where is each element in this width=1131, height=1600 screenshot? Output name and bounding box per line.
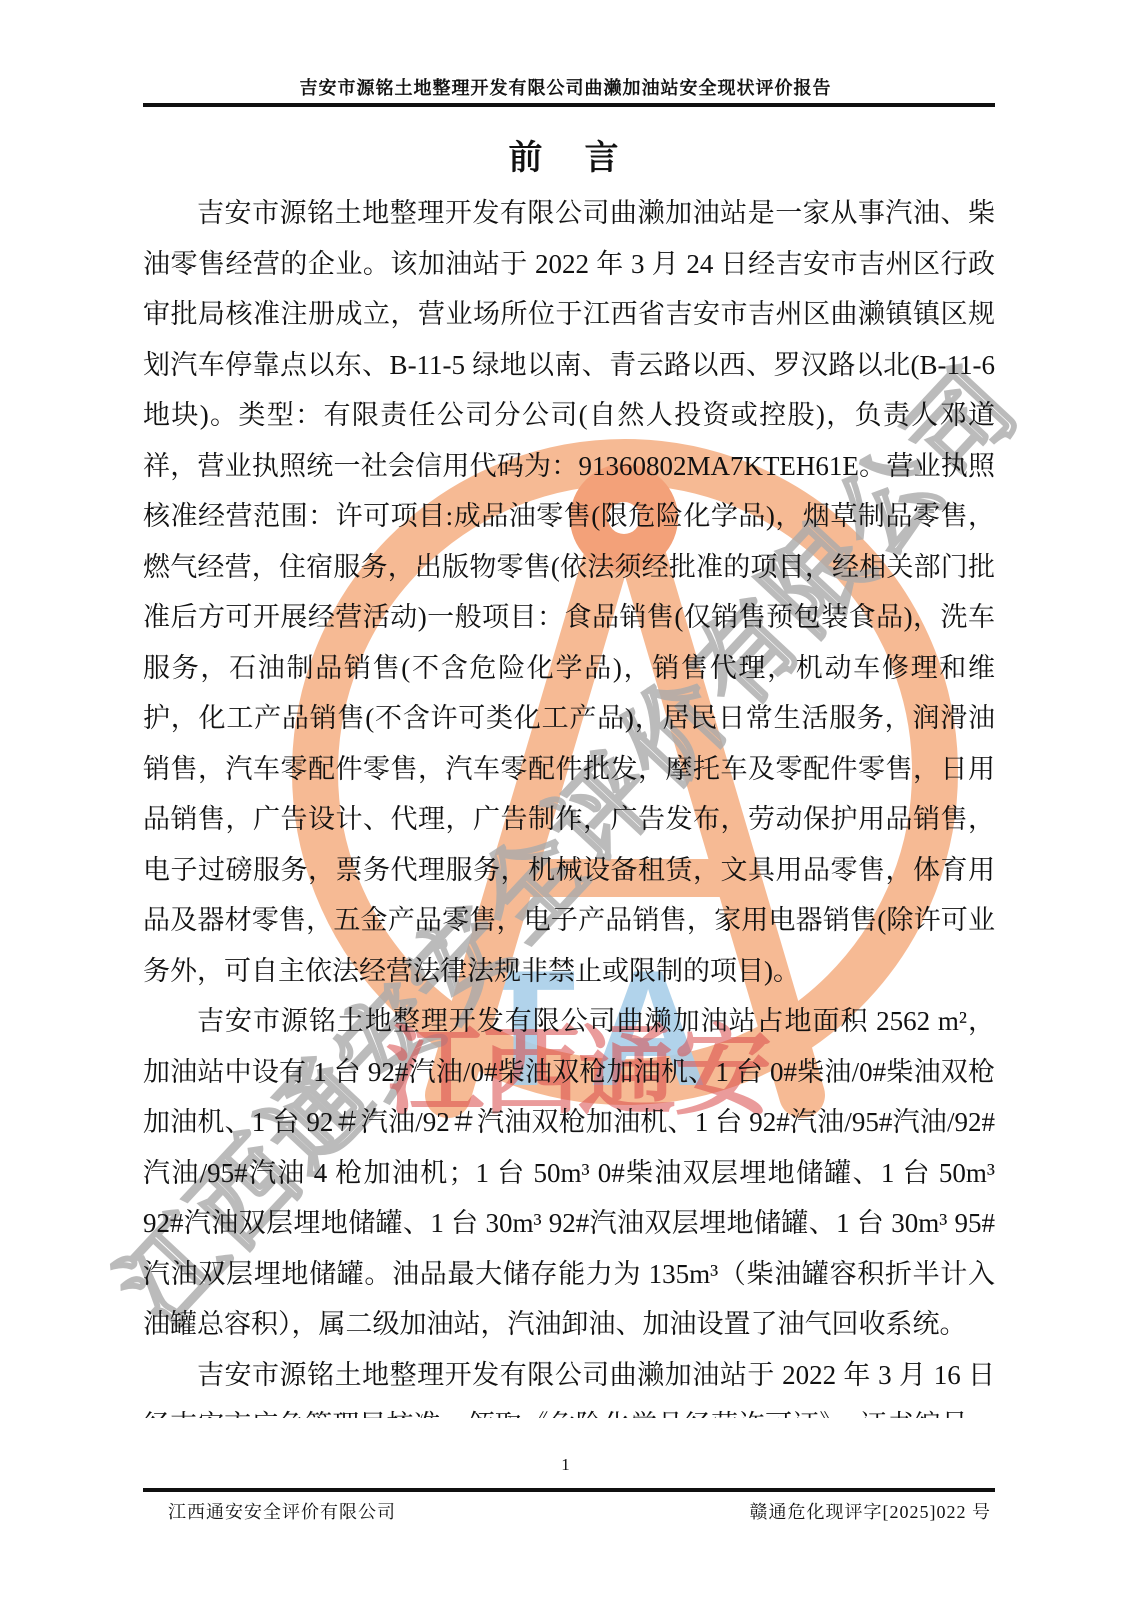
paragraph-1: 吉安市源铭土地整理开发有限公司曲濑加油站是一家从事汽油、柴油零售经营的企业。该加… [143,188,995,996]
footer-company: 江西通安安全评价有限公司 [168,1498,396,1524]
page-number: 1 [0,1455,1131,1475]
footer-rule [143,1488,995,1492]
page-header-title: 吉安市源铭土地整理开发有限公司曲濑加油站安全现状评价报告 [0,74,1131,100]
paragraph-3: 吉安市源铭土地整理开发有限公司曲濑加油站于 2022 年 3 月 16 日经吉安… [143,1350,995,1419]
header-rule [143,103,995,107]
document-content: 吉安市源铭土地整理开发有限公司曲濑加油站安全现状评价报告 前 言 吉安市源铭土地… [0,0,1131,1600]
report-page: TA 江西通安安全评价有限公司 江西通安 吉安市源铭土地整理开发有限公司曲濑加油… [0,0,1131,1600]
paragraph-2: 吉安市源铭土地整理开发有限公司曲濑加油站占地面积 2562 m²，加油站中设有 … [143,996,995,1350]
footer-doc-number: 赣通危化现评字[2025]022 号 [750,1498,992,1524]
document-title: 前 言 [0,130,1131,179]
body-text: 吉安市源铭土地整理开发有限公司曲濑加油站是一家从事汽油、柴油零售经营的企业。该加… [143,188,995,1418]
